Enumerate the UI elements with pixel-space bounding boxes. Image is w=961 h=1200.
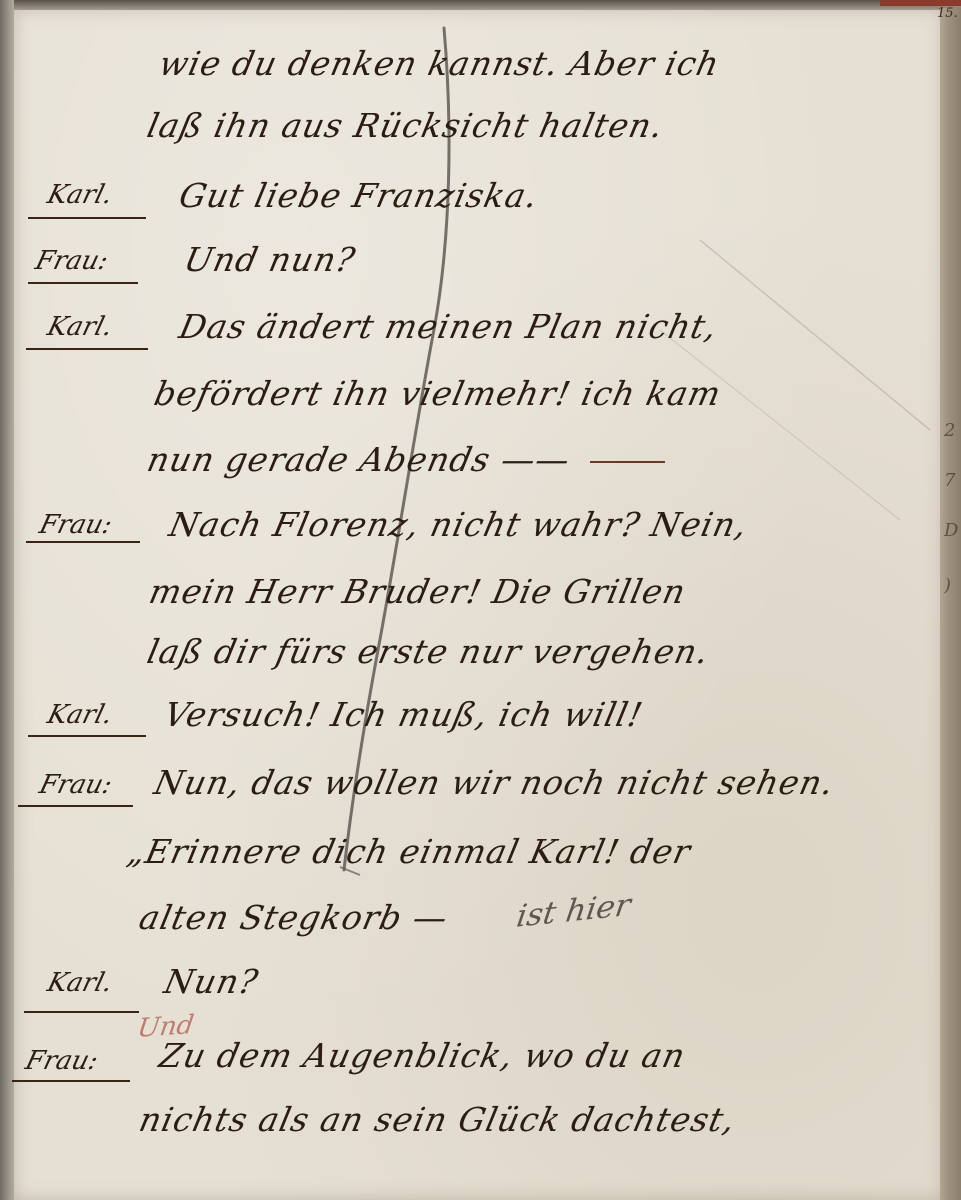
red-pencil-insertion: Und (136, 1010, 196, 1044)
manuscript-line: Nach Florenz, nicht wahr? Nein, (166, 505, 751, 544)
margin-bleed-mark: ) (944, 575, 951, 596)
manuscript-line: mein Herr Bruder! Die Grillen (146, 572, 690, 611)
speaker-label-frau: Frau: (32, 246, 111, 276)
margin-bleed-mark: 7 (944, 470, 955, 491)
manuscript-line: alten Stegkorb — (136, 898, 452, 937)
manuscript-line: Das ändert meinen Plan nicht, (176, 307, 721, 346)
manuscript-line: Und nun? (181, 240, 359, 279)
manuscript-line: Nun? (161, 962, 262, 1001)
speaker-underline (12, 1080, 130, 1082)
speaker-label-karl: Karl. (44, 700, 115, 730)
manuscript-line: Nun, das wollen wir noch nicht sehen. (151, 763, 838, 802)
manuscript-line: Zu dem Augenblick, wo du an (156, 1036, 689, 1075)
page-top-edge (14, 0, 944, 10)
manuscript-line: laß dir fürs erste nur vergehen. (144, 632, 713, 671)
page-number: 15. (937, 6, 958, 21)
margin-bleed-mark: D (944, 520, 958, 541)
manuscript-line: Versuch! Ich muß, ich will! (161, 695, 647, 734)
speaker-label-frau: Frau: (36, 770, 115, 800)
manuscript-line: „Erinnere dich einmal Karl! der (124, 832, 695, 871)
manuscript-line: nichts als an sein Glück dachtest, (136, 1100, 740, 1139)
speaker-underline (28, 735, 146, 737)
adjacent-page-strip (940, 8, 961, 1200)
manuscript-line: befördert ihn vielmehr! ich kam (151, 374, 725, 413)
speaker-label-frau: Frau: (22, 1046, 101, 1076)
margin-bleed-mark: 2 (944, 420, 955, 441)
ink-dash (590, 461, 665, 463)
speaker-label-karl: Karl. (44, 180, 115, 210)
speaker-underline (28, 217, 146, 219)
speaker-underline (26, 541, 140, 543)
speaker-underline (18, 805, 133, 807)
speaker-underline (28, 282, 138, 284)
speaker-label-frau: Frau: (36, 510, 115, 540)
manuscript-line: wie du denken kannst. Aber ich (156, 44, 724, 83)
speaker-label-karl: Karl. (44, 968, 115, 998)
manuscript-line: nun gerade Abends —— (144, 440, 574, 479)
manuscript-line: Gut liebe Franziska. (176, 176, 542, 215)
speaker-label-karl: Karl. (44, 312, 115, 342)
speaker-underline (26, 348, 148, 350)
manuscript-line: laß ihn aus Rücksicht halten. (144, 106, 668, 145)
speaker-underline (24, 1011, 139, 1013)
